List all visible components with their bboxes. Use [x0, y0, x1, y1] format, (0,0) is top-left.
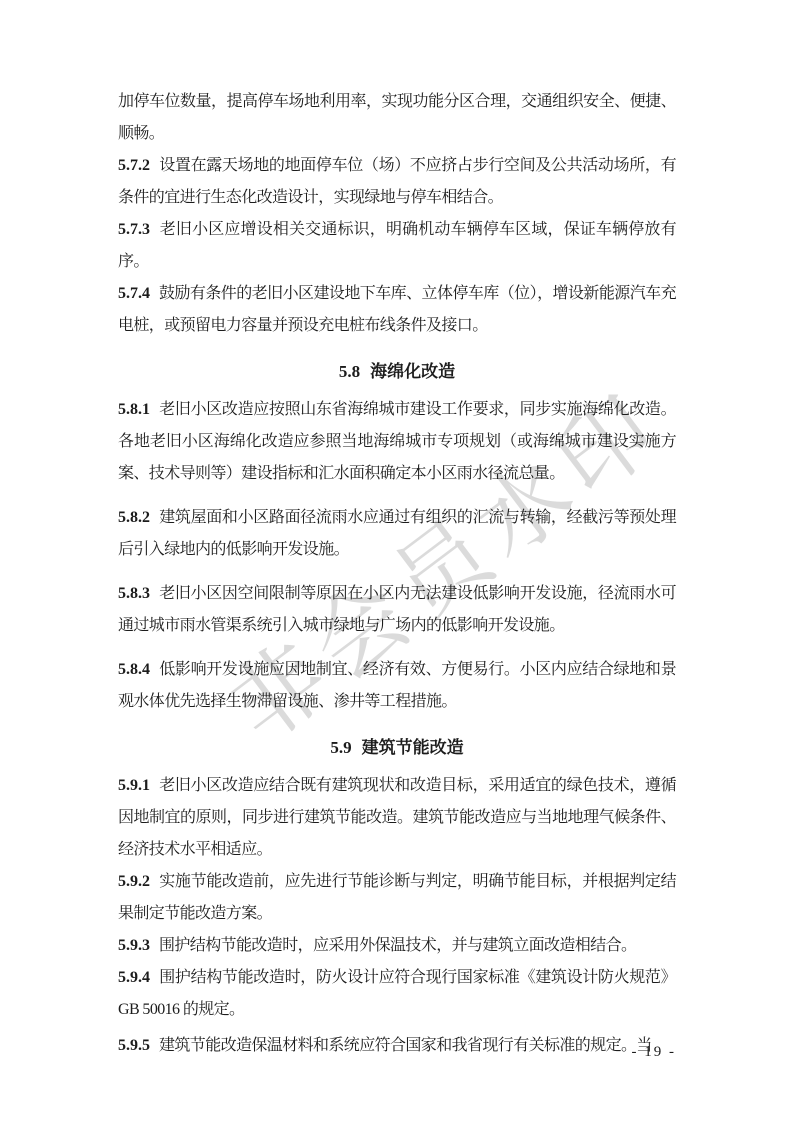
- clause-number: 5.7.2: [118, 157, 150, 174]
- section-heading-5.9: 5.9建筑节能改造: [118, 732, 676, 764]
- paragraph-5.7.4: 5.7.4鼓励有条件的老旧小区建设地下车库、立体停车库（位），增设新能源汽车充电…: [118, 278, 676, 342]
- clause-number: 5.8.1: [118, 401, 150, 418]
- paragraph-5.9.3: 5.9.3围护结构节能改造时，应采用外保温技术，并与建筑立面改造相结合。: [118, 930, 676, 962]
- paragraph-text: 加停车位数量，提高停车场地利用率，实现功能分区合理，交通组织安全、便捷、顺畅。: [118, 93, 676, 142]
- paragraph-5.7.2: 5.7.2设置在露天场地的地面停车位（场）不应挤占步行空间及公共活动场所，有条件…: [118, 150, 676, 214]
- clause-number: 5.8.4: [118, 661, 150, 678]
- paragraph-5.8.4: 5.8.4低影响开发设施应因地制宜、经济有效、方便易行。小区内应结合绿地和景观水…: [118, 654, 676, 718]
- section-title: 海绵化改造: [370, 362, 455, 381]
- clause-number: 5.7.3: [118, 221, 150, 238]
- section-title: 建筑节能改造: [362, 738, 464, 757]
- paragraph-text: 低影响开发设施应因地制宜、经济有效、方便易行。小区内应结合绿地和景观水体优先选择…: [118, 661, 676, 710]
- clause-number: 5.9.1: [118, 777, 150, 794]
- document-body: 加停车位数量，提高停车场地利用率，实现功能分区合理，交通组织安全、便捷、顺畅。 …: [118, 86, 676, 1062]
- clause-number: 5.9.3: [118, 937, 150, 954]
- clause-number: 5.8.2: [118, 509, 150, 526]
- document-page: 非会员水印 加停车位数量，提高停车场地利用率，实现功能分区合理，交通组织安全、便…: [0, 0, 793, 1121]
- section-number: 5.9: [330, 738, 351, 757]
- paragraph-5.7.1-continuation: 加停车位数量，提高停车场地利用率，实现功能分区合理，交通组织安全、便捷、顺畅。: [118, 86, 676, 150]
- paragraph-5.8.3: 5.8.3老旧小区因空间限制等原因在小区内无法建设低影响开发设施，径流雨水可通过…: [118, 578, 676, 642]
- paragraph-text: 围护结构节能改造时，应采用外保温技术，并与建筑立面改造相结合。: [159, 937, 636, 954]
- clause-number: 5.7.4: [118, 285, 150, 302]
- clause-number: 5.8.3: [118, 585, 150, 602]
- paragraph-text: 实施节能改造前，应先进行节能诊断与判定，明确节能目标，并根据判定结果制定节能改造…: [118, 873, 676, 922]
- paragraph-text: 设置在露天场地的地面停车位（场）不应挤占步行空间及公共活动场所，有条件的宜进行生…: [118, 157, 676, 206]
- section-heading-5.8: 5.8海绵化改造: [118, 356, 676, 388]
- page-number: - 19 -: [118, 1044, 676, 1061]
- paragraph-text: 老旧小区改造应按照山东省海绵城市建设工作要求，同步实施海绵化改造。各地老旧小区海…: [118, 401, 676, 482]
- paragraph-5.9.2: 5.9.2实施节能改造前，应先进行节能诊断与判定，明确节能目标，并根据判定结果制…: [118, 866, 676, 930]
- clause-number: 5.9.4: [118, 969, 150, 986]
- paragraph-text: 老旧小区应增设相关交通标识，明确机动车辆停车区域，保证车辆停放有序。: [118, 221, 676, 270]
- paragraph-text: 围护结构节能改造时，防火设计应符合现行国家标准《建筑设计防火规范》GB 5001…: [118, 969, 676, 1018]
- section-number: 5.8: [339, 362, 360, 381]
- paragraph-5.7.3: 5.7.3老旧小区应增设相关交通标识，明确机动车辆停车区域，保证车辆停放有序。: [118, 214, 676, 278]
- paragraph-text: 老旧小区因空间限制等原因在小区内无法建设低影响开发设施，径流雨水可通过城市雨水管…: [118, 585, 676, 634]
- paragraph-text: 鼓励有条件的老旧小区建设地下车库、立体停车库（位），增设新能源汽车充电桩，或预留…: [118, 285, 676, 334]
- paragraph-text: 老旧小区改造应结合既有建筑现状和改造目标，采用适宜的绿色技术，遵循因地制宜的原则…: [118, 777, 676, 858]
- paragraph-5.9.4: 5.9.4围护结构节能改造时，防火设计应符合现行国家标准《建筑设计防火规范》GB…: [118, 962, 676, 1026]
- paragraph-text: 建筑屋面和小区路面径流雨水应通过有组织的汇流与转输，经截污等预处理后引入绿地内的…: [118, 509, 676, 558]
- paragraph-5.9.1: 5.9.1老旧小区改造应结合既有建筑现状和改造目标，采用适宜的绿色技术，遵循因地…: [118, 770, 676, 866]
- paragraph-5.8.2: 5.8.2建筑屋面和小区路面径流雨水应通过有组织的汇流与转输，经截污等预处理后引…: [118, 502, 676, 566]
- clause-number: 5.9.2: [118, 873, 150, 890]
- paragraph-5.8.1: 5.8.1老旧小区改造应按照山东省海绵城市建设工作要求，同步实施海绵化改造。各地…: [118, 394, 676, 490]
